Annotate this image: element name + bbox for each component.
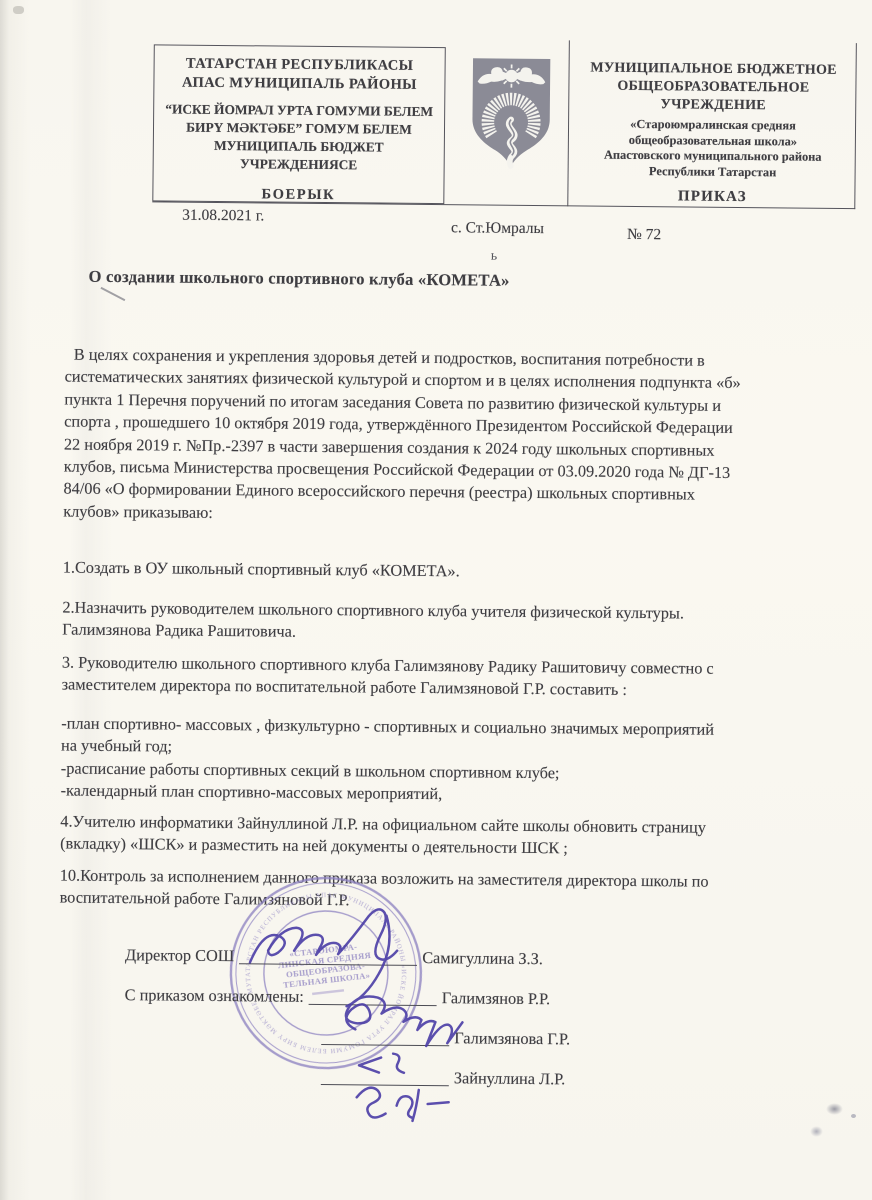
header-right-line: Апастовского муниципального района (578, 147, 848, 165)
document-content: ТАТАРСТАН РЕСПУБЛИКАСЫ АПАС МУНИЦИПАЛЬ Р… (0, 0, 872, 1200)
header-right-line: Республики Татарстан (578, 163, 848, 181)
intro-paragraph: В целях сохранения и укрепления здоровья… (63, 344, 819, 530)
header-right-block-russian: МУНИЦИПАЛЬНОЕ БЮДЖЕТНОЕ ОБЩЕОБРАЗОВАТЕЛЬ… (577, 59, 848, 207)
scan-speck (851, 1114, 856, 1118)
header-right-doc-type: ПРИКАЗ (577, 187, 847, 207)
item-line: 1.Создать в ОУ школьный спортивный клуб … (63, 556, 817, 586)
scan-artifact-mark: ь (491, 249, 498, 265)
order-date: 31.08.2021 г. (182, 207, 264, 226)
scan-speck (13, 6, 24, 14)
order-place: с. Ст.Юмралы (451, 219, 544, 238)
district-coat-of-arms-icon (467, 55, 556, 170)
signature-ack3-ink (356, 1088, 448, 1122)
order-item-3: 3. Руководителю школьного спортивного кл… (62, 651, 816, 703)
header-left-line: АПАС МУНИЦИПАЛЬ РАЙОНЫ (154, 73, 444, 95)
header-divider-line (567, 40, 570, 206)
header-left-line: МУНИЦИПАЛЬ БЮДЖЕТ УЧРЕЖДЕНИЯСЕ (154, 136, 444, 175)
scan-speck (826, 1103, 843, 1115)
order-item-3-sublist: -план спортивно- массовых , физкультурно… (61, 712, 816, 809)
header-left-block-tatar: ТАТАРСТАН РЕСПУБЛИКАСЫ АПАС МУНИЦИПАЛЬ Р… (152, 44, 445, 204)
handwritten-signatures (130, 875, 612, 1130)
header-right-line: ОБЩЕОБРАЗОВАТЕЛЬНОЕ (578, 77, 848, 98)
order-item-2: 2.Назначить руководителем школьного спор… (62, 596, 816, 648)
header-divider-line (854, 43, 857, 209)
order-number: № 72 (627, 226, 661, 244)
signature-ack2-ink (359, 1053, 404, 1072)
scan-artifact-stroke (100, 287, 125, 301)
order-item-1: 1.Создать в ОУ школьный спортивный клуб … (63, 556, 817, 586)
order-item-4: 4.Учителю информатики Зайнуллиной Л.Р. н… (60, 810, 814, 862)
page-title: О создании школьного спортивного клуба «… (88, 267, 509, 291)
signature-ack1-ink (346, 996, 463, 1046)
scanned-order-page: ТАТАРСТАН РЕСПУБЛИКАСЫ АПАС МУНИЦИПАЛЬ Р… (0, 0, 872, 1200)
signature-director-ink (250, 908, 398, 964)
header-left-line: БИРҮ МӘКТӘБЕ” ГОМУМ БЕЛЕМ (154, 118, 444, 139)
scan-speck (810, 1126, 823, 1137)
